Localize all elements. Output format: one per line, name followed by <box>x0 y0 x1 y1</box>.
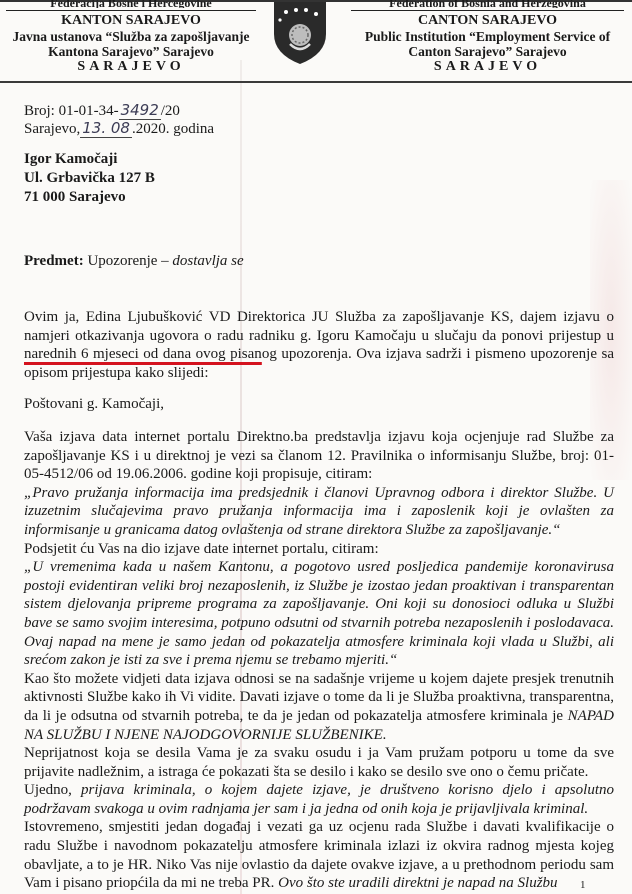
paragraph-reminder: Podsjetit ću Vas na dio izjave date inte… <box>24 540 614 559</box>
quote-statement: „U vremenima kada u našem Kantonu, a pog… <box>24 558 614 670</box>
paragraph-reporting: Ujedno, prijava kriminala, o kojem dajet… <box>24 781 614 818</box>
page-number: 1 <box>580 879 586 891</box>
letterhead: Federacija Bosne i Hercegovine KANTON SA… <box>0 0 632 82</box>
institution-line-2: Kantona Sarajevo” Sarajevo <box>0 44 262 59</box>
reference-date: Sarajevo,13. 08.2020. godina <box>24 120 214 138</box>
subject-text: Upozorenje – <box>87 253 172 269</box>
institution-line-1: Javna ustanova “Služba za zapošljavanje <box>0 29 262 44</box>
federation-name-en: Federation of Bosnia and Herzegovina <box>345 0 630 8</box>
greeting: Poštovani g. Kamočaji, <box>24 396 164 413</box>
place: Sarajevo, <box>24 121 80 137</box>
subject-line: Predmet: Upozorenje – dostavlja se <box>24 253 244 270</box>
paragraph-scope: Istovremeno, smjestiti jedan događaj i v… <box>24 818 614 892</box>
paragraph-article-reference: Vaša izjava data internet portalu Direkt… <box>24 428 614 484</box>
handwritten-date: 13. 08 <box>80 119 132 138</box>
recipient-address: Igor Kamočaji Ul. Grbavička 127 B 71 000… <box>24 150 155 207</box>
institution-line-2-en: Canton Sarajevo” Sarajevo <box>345 44 630 59</box>
intro-text: Ovim ja, Edina Ljubušković VD Direktoric… <box>24 309 614 344</box>
subject-label: Predmet: <box>24 253 84 269</box>
recipient-street: Ul. Grbavička 127 B <box>24 169 155 188</box>
letterhead-bosnian: Federacija Bosne i Hercegovine KANTON SA… <box>0 0 262 75</box>
letterhead-english: Federation of Bosnia and Herzegovina CAN… <box>345 0 630 75</box>
number-suffix: /20 <box>161 103 180 119</box>
reporting-text: Ujedno, <box>24 782 81 798</box>
city-name-en: SARAJEVO <box>345 59 630 75</box>
recipient-name: Igor Kamočaji <box>24 150 155 169</box>
divider <box>6 10 256 11</box>
letter-body: Vaša izjava data internet portalu Direkt… <box>24 428 614 893</box>
paragraph-support: Neprijatnost koja se desila Vama je za s… <box>24 744 614 781</box>
reference-number: Broj: 01-01-34-3492/20 <box>24 102 214 120</box>
institution-line-1-en: Public Institution “Employment Service o… <box>345 29 630 44</box>
letter-page: Federacija Bosne i Hercegovine KANTON SA… <box>0 0 632 894</box>
scope-emphasis: Ovo što ste uradili direktni je napad na… <box>278 875 557 891</box>
city-name: SARAJEVO <box>0 59 262 75</box>
handwritten-number: 3492 <box>119 101 161 120</box>
divider <box>351 10 624 11</box>
canton-name: KANTON SARAJEVO <box>0 13 262 29</box>
coat-of-arms-icon <box>272 2 328 64</box>
recipient-city: 71 000 Sarajevo <box>24 188 155 207</box>
letterhead-bottom-rule <box>0 81 632 83</box>
quote-regulation: „Pravo pružanja informacija ima predsjed… <box>24 484 614 540</box>
number-prefix: Broj: 01-01-34- <box>24 103 119 119</box>
paragraph-analysis: Kao što možete vidjeti data izjava odnos… <box>24 670 614 744</box>
year: .2020. godina <box>132 121 214 137</box>
red-underlined-text: narednih 6 mjeseci od dana ovog pisan <box>24 346 262 362</box>
subject-italic: dostavlja se <box>172 253 243 269</box>
reporting-emphasis: prijava kriminala, o kojem dajete izjave… <box>24 782 614 817</box>
intro-paragraph: Ovim ja, Edina Ljubušković VD Direktoric… <box>24 308 614 382</box>
canton-name-en: CANTON SARAJEVO <box>345 13 630 29</box>
reference-block: Broj: 01-01-34-3492/20 Sarajevo,13. 08.2… <box>24 102 214 138</box>
analysis-text: Kao što možete vidjeti data izjava odnos… <box>24 671 614 724</box>
federation-name: Federacija Bosne i Hercegovine <box>0 0 262 8</box>
